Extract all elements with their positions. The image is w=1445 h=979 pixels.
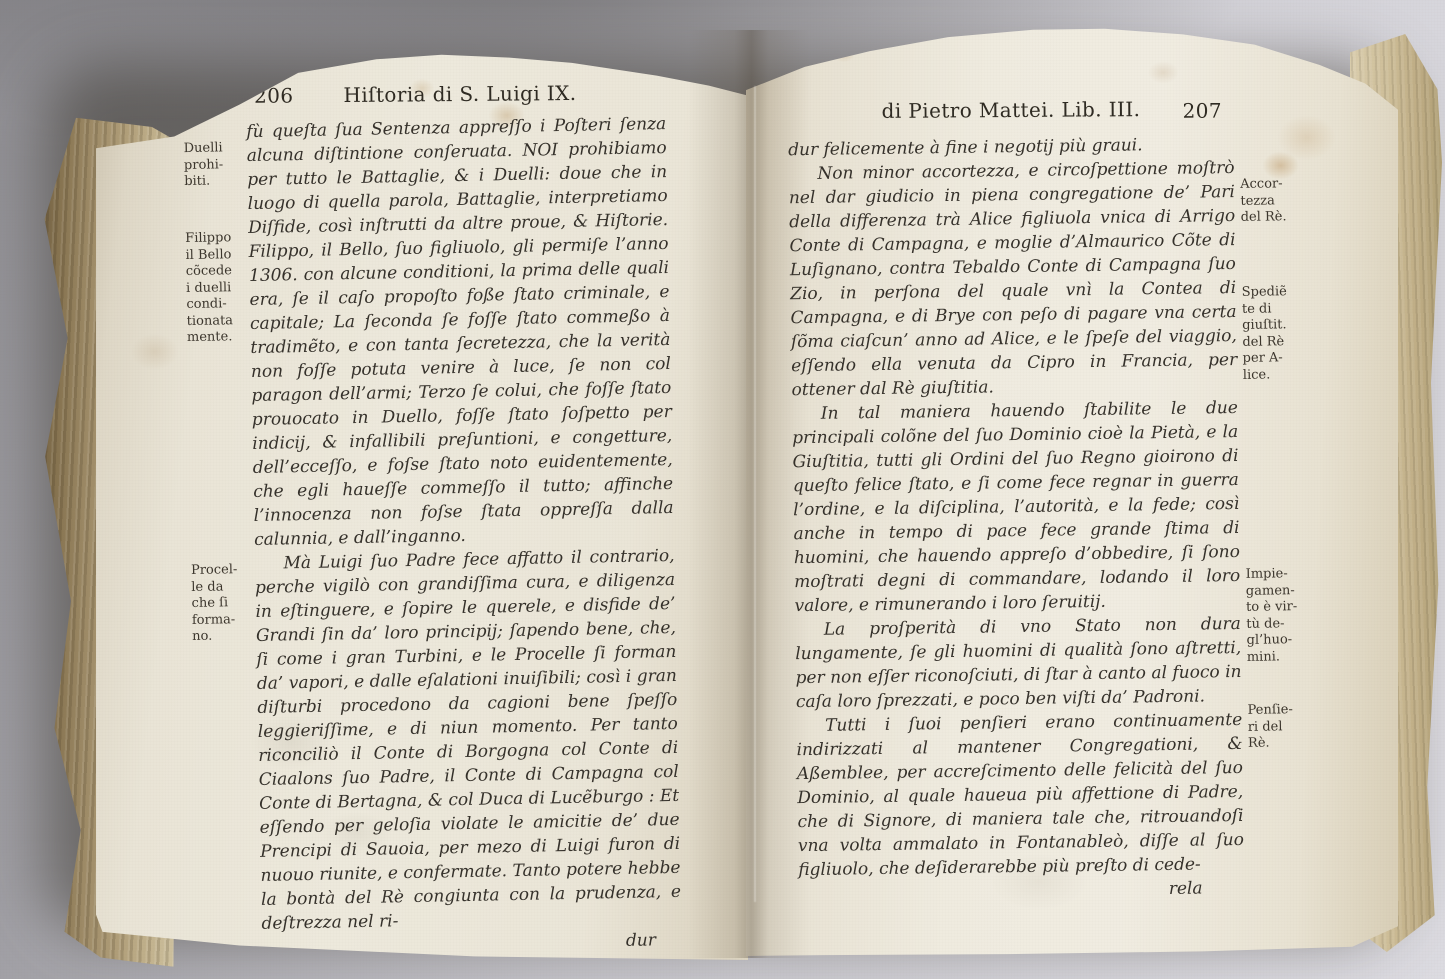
- right-margin-notes: Accor- tezza del Rè. Spediẽ te di giuſti…: [1238, 26, 1317, 957]
- margin-note: Filippo il Bello cõcede i duelli condi- …: [185, 230, 249, 347]
- right-running-head: di Pietro Mattei. Lib. III. 207: [788, 96, 1234, 123]
- left-body-text: fù queſta ſua Sentenza appreſſo i Poſter…: [246, 112, 682, 960]
- body-paragraph: In tal maniera hauendo ſtabilite le due …: [792, 396, 1241, 618]
- left-running-title: Hiſtoria di S. Luigi IX.: [248, 80, 672, 108]
- right-body-text: dur felicemente à fine i negotij più gra…: [788, 132, 1245, 906]
- book-photo: 206 Hiſtoria di S. Luigi IX. Duelli proh…: [0, 0, 1445, 979]
- margin-note: Accor- tezza del Rè.: [1240, 176, 1307, 226]
- body-paragraph: Mà Luigi ſuo Padre fece affatto il contr…: [254, 544, 681, 936]
- body-paragraph: Tutti i ſuoi penſieri erano continuament…: [796, 708, 1244, 882]
- body-paragraph: fù queſta ſua Sentenza appreſſo i Poſter…: [246, 112, 674, 552]
- margin-note: Penſie- ri del Rè.: [1247, 702, 1314, 752]
- body-paragraph: La proſperità di vno Stato non dura lung…: [795, 612, 1242, 714]
- right-page-number: 207: [1183, 99, 1223, 123]
- right-running-title: di Pietro Mattei. Lib. III.: [788, 96, 1234, 123]
- right-page: di Pietro Mattei. Lib. III. 207 Accor- t…: [746, 26, 1398, 956]
- margin-note: Impie- gamen- to è vir- tù de- gl’huo- m…: [1246, 566, 1313, 666]
- margin-note: Spediẽ te di giuſtit. del Rè per A- lice…: [1242, 284, 1309, 384]
- margin-note: Procel- le da che ſi forma- no.: [191, 562, 254, 646]
- margin-note: Duelli prohi- biti.: [184, 140, 247, 191]
- left-page: 206 Hiſtoria di S. Luigi IX. Duelli proh…: [96, 52, 748, 960]
- left-running-head: 206 Hiſtoria di S. Luigi IX.: [248, 80, 672, 108]
- body-paragraph: Non minor accortezza, e circoſpettione m…: [788, 156, 1237, 402]
